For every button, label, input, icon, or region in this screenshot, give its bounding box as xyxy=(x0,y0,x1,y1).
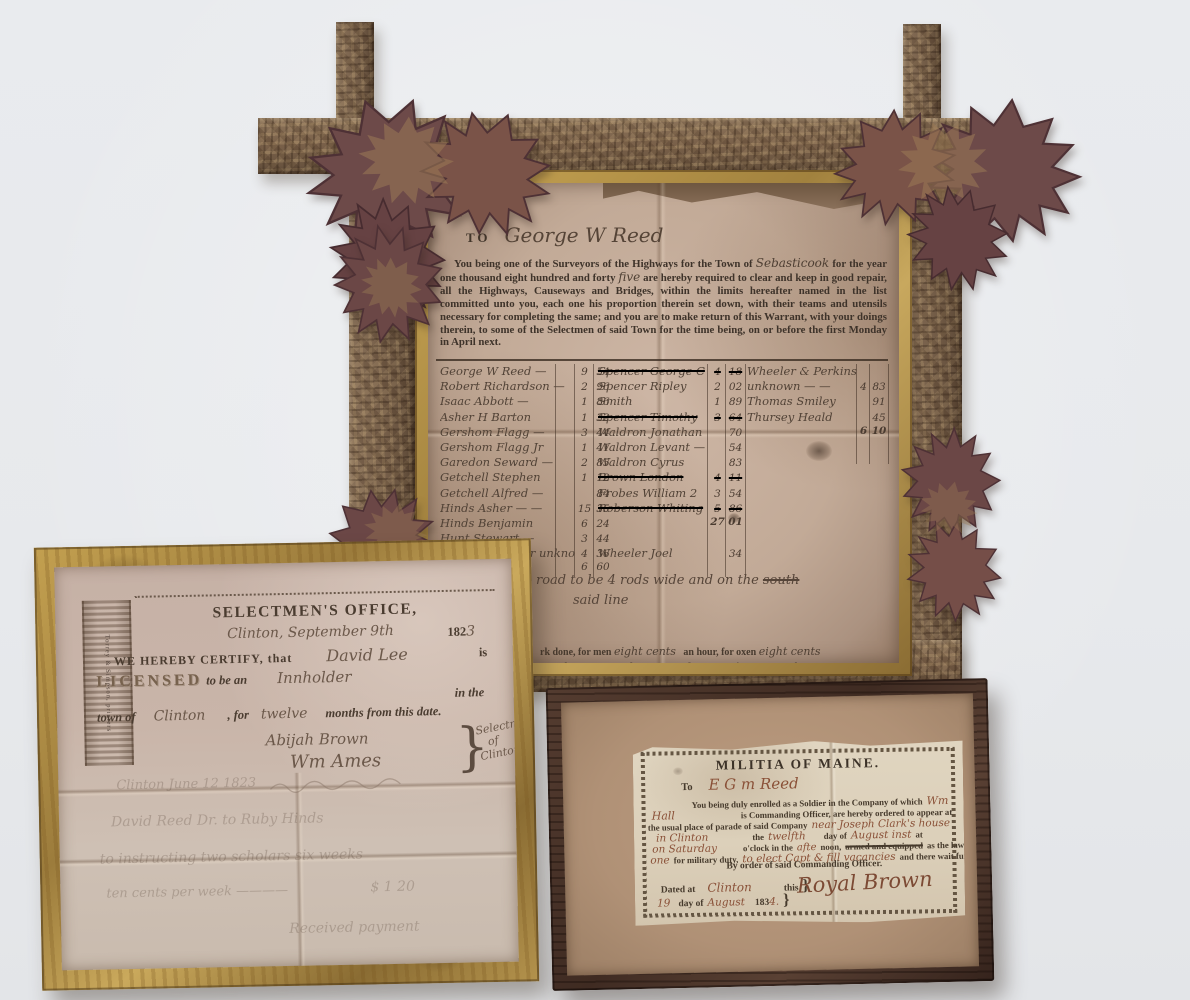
table-row: Hinds Benjamin624 xyxy=(440,516,612,531)
license-dateline: Clinton, September 9th xyxy=(227,623,394,642)
receipt-amount: $ 1 20 xyxy=(370,879,415,896)
license-frame: Torrey & Simpson, printers SELECTMEN'S O… xyxy=(34,538,539,990)
table-row: Hinds Asher — —1535 xyxy=(440,501,612,516)
leaf-ornament-left-rail xyxy=(318,215,458,365)
warrant-margin-note-2: said line xyxy=(573,593,628,608)
receipt-line-4: ten cents per week ———— xyxy=(106,883,288,901)
table-row: Spencer Ripley202 xyxy=(598,379,745,394)
militia-dated-month: August xyxy=(707,896,745,909)
table-row: 2701 xyxy=(598,516,745,531)
militia-document: MILITIA OF MAINE. To E G m Reed You bein… xyxy=(633,739,966,926)
license-licensed-word: LICENSED xyxy=(96,672,202,691)
militia-hour: one xyxy=(650,854,669,866)
dotted-rule xyxy=(135,589,495,598)
table-row: Waldron Cyrus83 xyxy=(598,455,745,470)
leaf-ornament-right-rail xyxy=(896,420,1006,635)
table-row: Wheeler Joel34 xyxy=(598,546,745,561)
license-year-printed: 182 xyxy=(447,625,466,639)
receipt-line-3: to instructing two scholars six weeks xyxy=(100,847,363,868)
table-row: Getchell Stephen112 xyxy=(440,470,612,485)
warrant-year-handwritten: five xyxy=(618,270,640,284)
militia-addressee: E G m Reed xyxy=(708,774,798,793)
table-column-2: Spencer George C418Spencer Ripley202Smit… xyxy=(598,364,745,561)
table-row: Thursey Heald45 xyxy=(747,410,888,425)
license-months: months from this date. xyxy=(325,704,441,720)
militia-signature: Royal Brown xyxy=(796,867,933,898)
warrant-town-handwritten: Sebasticook xyxy=(756,256,829,270)
table-row: Spencer Timothy364 xyxy=(598,410,745,425)
receipt-line-1: Clinton June 12 1823 xyxy=(116,776,256,794)
table-row: Wheeler & Perkins or xyxy=(747,364,888,379)
table-row: Robert Richardson —296 xyxy=(440,379,612,394)
table-row: Garedon Seward —285 xyxy=(440,455,612,470)
leaf-ornament-top-right xyxy=(826,88,1046,298)
table-row: unknown — —483 xyxy=(747,379,888,394)
license-occupation: Innholder xyxy=(277,668,352,687)
receipt-line-2: David Reed Dr. to Ruby Hinds xyxy=(111,810,324,830)
license-is-label: is xyxy=(479,645,488,660)
photograph-of-framed-documents: TO George W Reed You being one of the Su… xyxy=(0,0,1190,1000)
warrant-rates-line-2: gheight cents an hour a day. for Cart 4 … xyxy=(536,661,820,663)
table-row: Brown London411 xyxy=(598,470,745,485)
table-row: 610 xyxy=(747,425,888,440)
warrant-table-rule xyxy=(436,359,888,361)
table-row xyxy=(598,531,745,546)
table-row: Getchell Alfred —84 xyxy=(440,486,612,501)
table-row: George W Reed —954 xyxy=(440,364,612,379)
license-holder-name: David Lee xyxy=(326,645,408,666)
table-row: Asher H Barton132 xyxy=(440,410,612,425)
table-row: Thomas Smiley91 xyxy=(747,394,888,409)
license-signature-1: Abijah Brown xyxy=(265,729,368,749)
militia-mat: MILITIA OF MAINE. To E G m Reed You bein… xyxy=(561,693,979,975)
license-year-handwritten: 3 xyxy=(466,623,475,639)
militia-frame: MILITIA OF MAINE. To E G m Reed You bein… xyxy=(546,678,995,991)
table-row: Isaac Abbott —186 xyxy=(440,394,612,409)
table-row: Frobes William 2354 xyxy=(598,486,745,501)
license-certify-text: WE HEREBY CERTIFY, that xyxy=(114,651,293,668)
warrant-rates-line-1: rk done, for men eight cents an hour, fo… xyxy=(540,645,821,658)
license-inthe: in the xyxy=(455,685,485,701)
table-row: Gershom Flagg Jr141 xyxy=(440,440,612,455)
table-row: Smith189 xyxy=(598,394,745,409)
license-signature-2: Wm Ames xyxy=(290,750,382,773)
receipt-line-5: Received payment xyxy=(289,918,420,937)
license-town: Clinton xyxy=(153,708,205,725)
militia-to-label: To xyxy=(681,782,692,793)
table-row: Waldron Levant —54 xyxy=(598,440,745,455)
table-row: Roberson Whiting586 xyxy=(598,501,745,516)
license-tobean: to be an xyxy=(206,673,247,688)
table-row: Gershom Flagg —344 xyxy=(440,425,612,440)
license-title: SELECTMEN'S OFFICE, xyxy=(135,599,495,624)
license-townof: town of xyxy=(97,710,136,725)
table-row: Spencer George C418 xyxy=(598,364,745,379)
table-row: Waldron Jonathan70 xyxy=(598,425,745,440)
faint-signature xyxy=(268,776,418,795)
warrant-margin-note: road to be 4 rods wide and on the south xyxy=(536,573,799,588)
militia-title: MILITIA OF MAINE. xyxy=(653,754,943,775)
table-column-3: Wheeler & Perkins orunknown — —483Thomas… xyxy=(747,364,888,440)
license-term: twelve xyxy=(261,706,308,723)
license-document: Torrey & Simpson, printers SELECTMEN'S O… xyxy=(54,559,519,971)
